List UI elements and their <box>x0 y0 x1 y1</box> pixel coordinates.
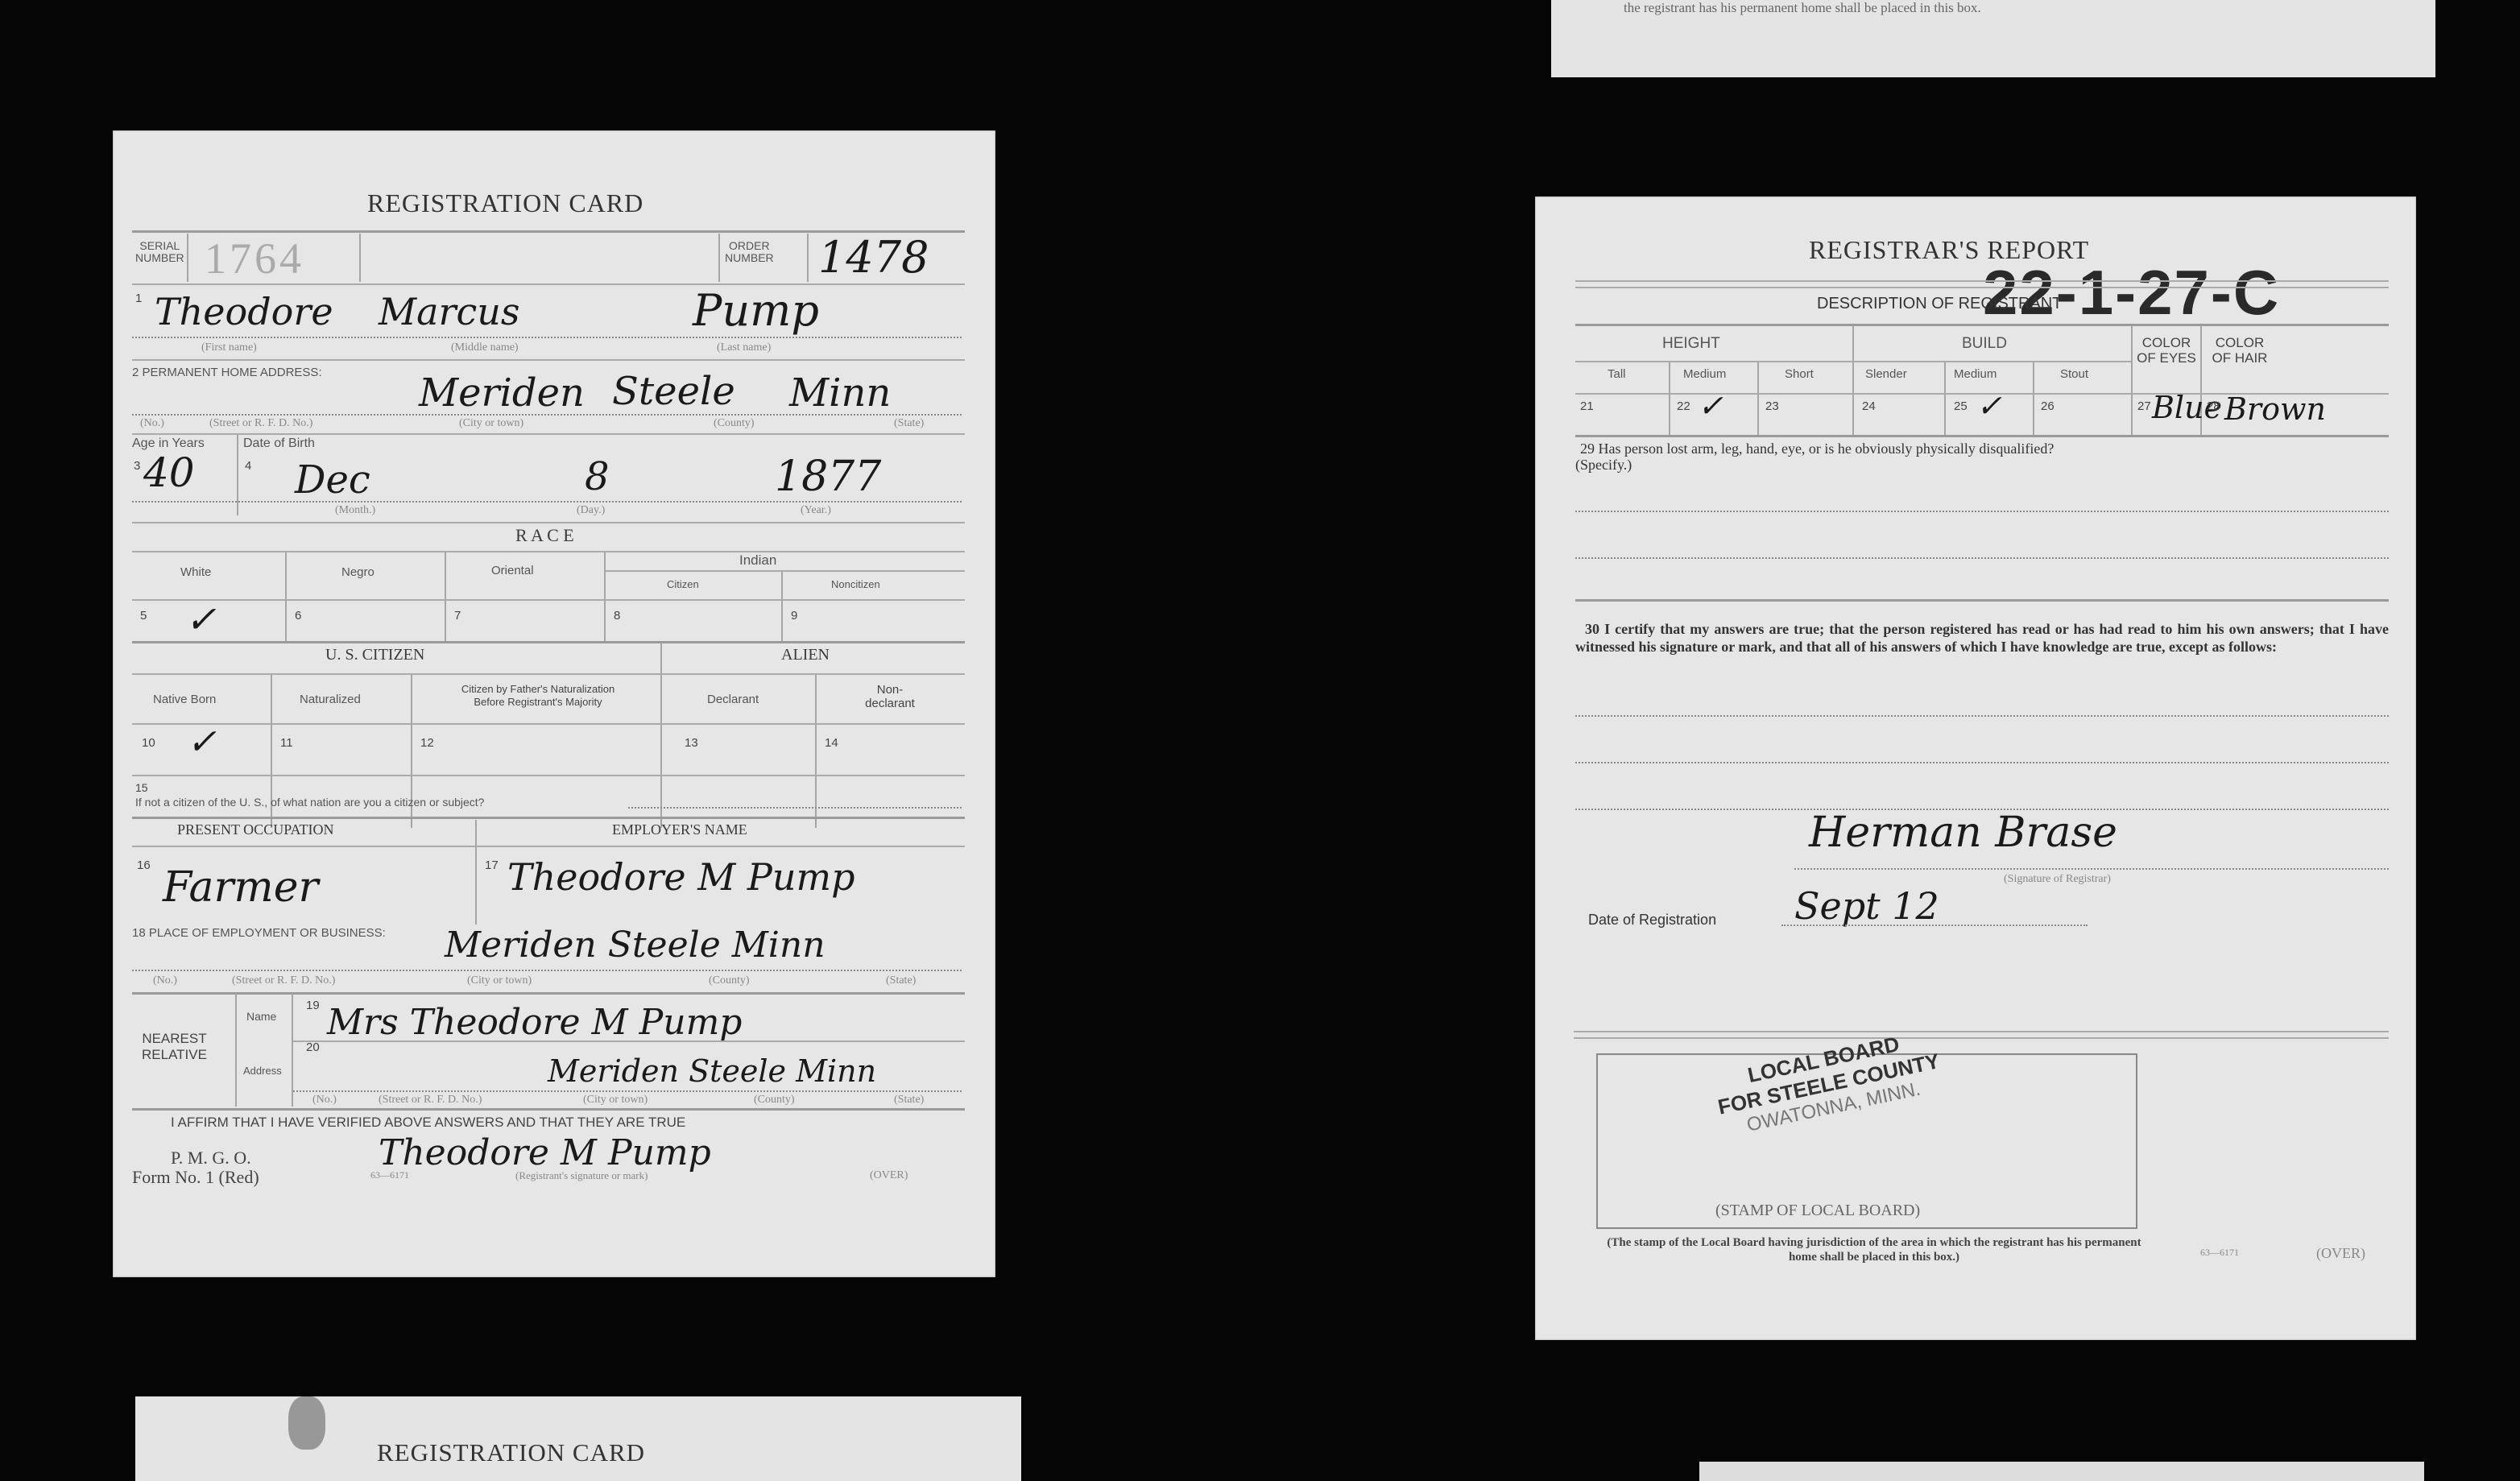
last-name: Pump <box>693 285 819 336</box>
first-name: Theodore <box>155 290 333 333</box>
previous-card-fragment: the registrant has his permanent home sh… <box>1551 0 2435 77</box>
age: 40 <box>143 449 195 496</box>
home-address-label: 2 PERMANENT HOME ADDRESS: <box>132 366 322 379</box>
order-label: ORDER NUMBER <box>725 240 774 264</box>
registrant-signature: Theodore M Pump <box>379 1132 711 1173</box>
certification-text: 30 I certify that my answers are true; t… <box>1575 620 2389 656</box>
relative-name: Mrs Theodore M Pump <box>327 1002 742 1043</box>
height-medium-check: ✓ <box>1698 388 1723 424</box>
race-title: R A C E <box>515 525 574 546</box>
registration-date: Sept 12 <box>1794 884 1939 928</box>
occupation: Farmer <box>163 863 318 912</box>
home-city: Meriden <box>419 370 585 416</box>
next-card-title: REGISTRATION CARD <box>377 1438 645 1467</box>
race-white-check: ✓ <box>185 598 217 641</box>
hair-color: Brown <box>2224 391 2326 427</box>
dob-day: 8 <box>585 454 610 499</box>
relative-address: Meriden Steele Minn <box>548 1053 876 1089</box>
registrars-report-card: REGISTRAR'S REPORT 22-1-27-C DESCRIPTION… <box>1535 197 2416 1340</box>
card-title: REGISTRATION CARD <box>367 188 643 218</box>
local-board-stamp: LOCAL BOARD FOR STEELE COUNTY OWATONNA, … <box>1711 1024 1947 1142</box>
stamp-code: 22-1-27-C <box>1983 256 2280 329</box>
dob-month: Dec <box>295 457 370 503</box>
place-of-employment: Meriden Steele Minn <box>445 925 826 966</box>
dob-year: 1877 <box>775 453 881 501</box>
order-number: 1478 <box>818 232 929 283</box>
bottom-sliver <box>1699 1462 2424 1481</box>
home-county: Steele <box>612 369 735 414</box>
build-medium-check: ✓ <box>1976 388 2002 424</box>
middle-name: Marcus <box>379 290 520 333</box>
nearest-relative-label: NEAREST RELATIVE <box>142 1031 207 1063</box>
stamp-box: LOCAL BOARD FOR STEELE COUNTY OWATONNA, … <box>1596 1053 2137 1229</box>
fragment-text: the registrant has his permanent home sh… <box>1624 0 1981 16</box>
ink-blot <box>288 1396 325 1450</box>
home-state: Minn <box>789 370 891 416</box>
serial-number: 1764 <box>205 234 304 283</box>
native-born-check: ✓ <box>187 722 217 763</box>
employer-name: Theodore M Pump <box>507 855 855 899</box>
serial-label: SERIAL NUMBER <box>135 240 184 264</box>
registration-card: REGISTRATION CARD SERIAL NUMBER 1764 ORD… <box>113 130 995 1277</box>
registrar-signature: Herman Brase <box>1809 809 2117 857</box>
next-card-fragment: REGISTRATION CARD <box>135 1396 1021 1481</box>
